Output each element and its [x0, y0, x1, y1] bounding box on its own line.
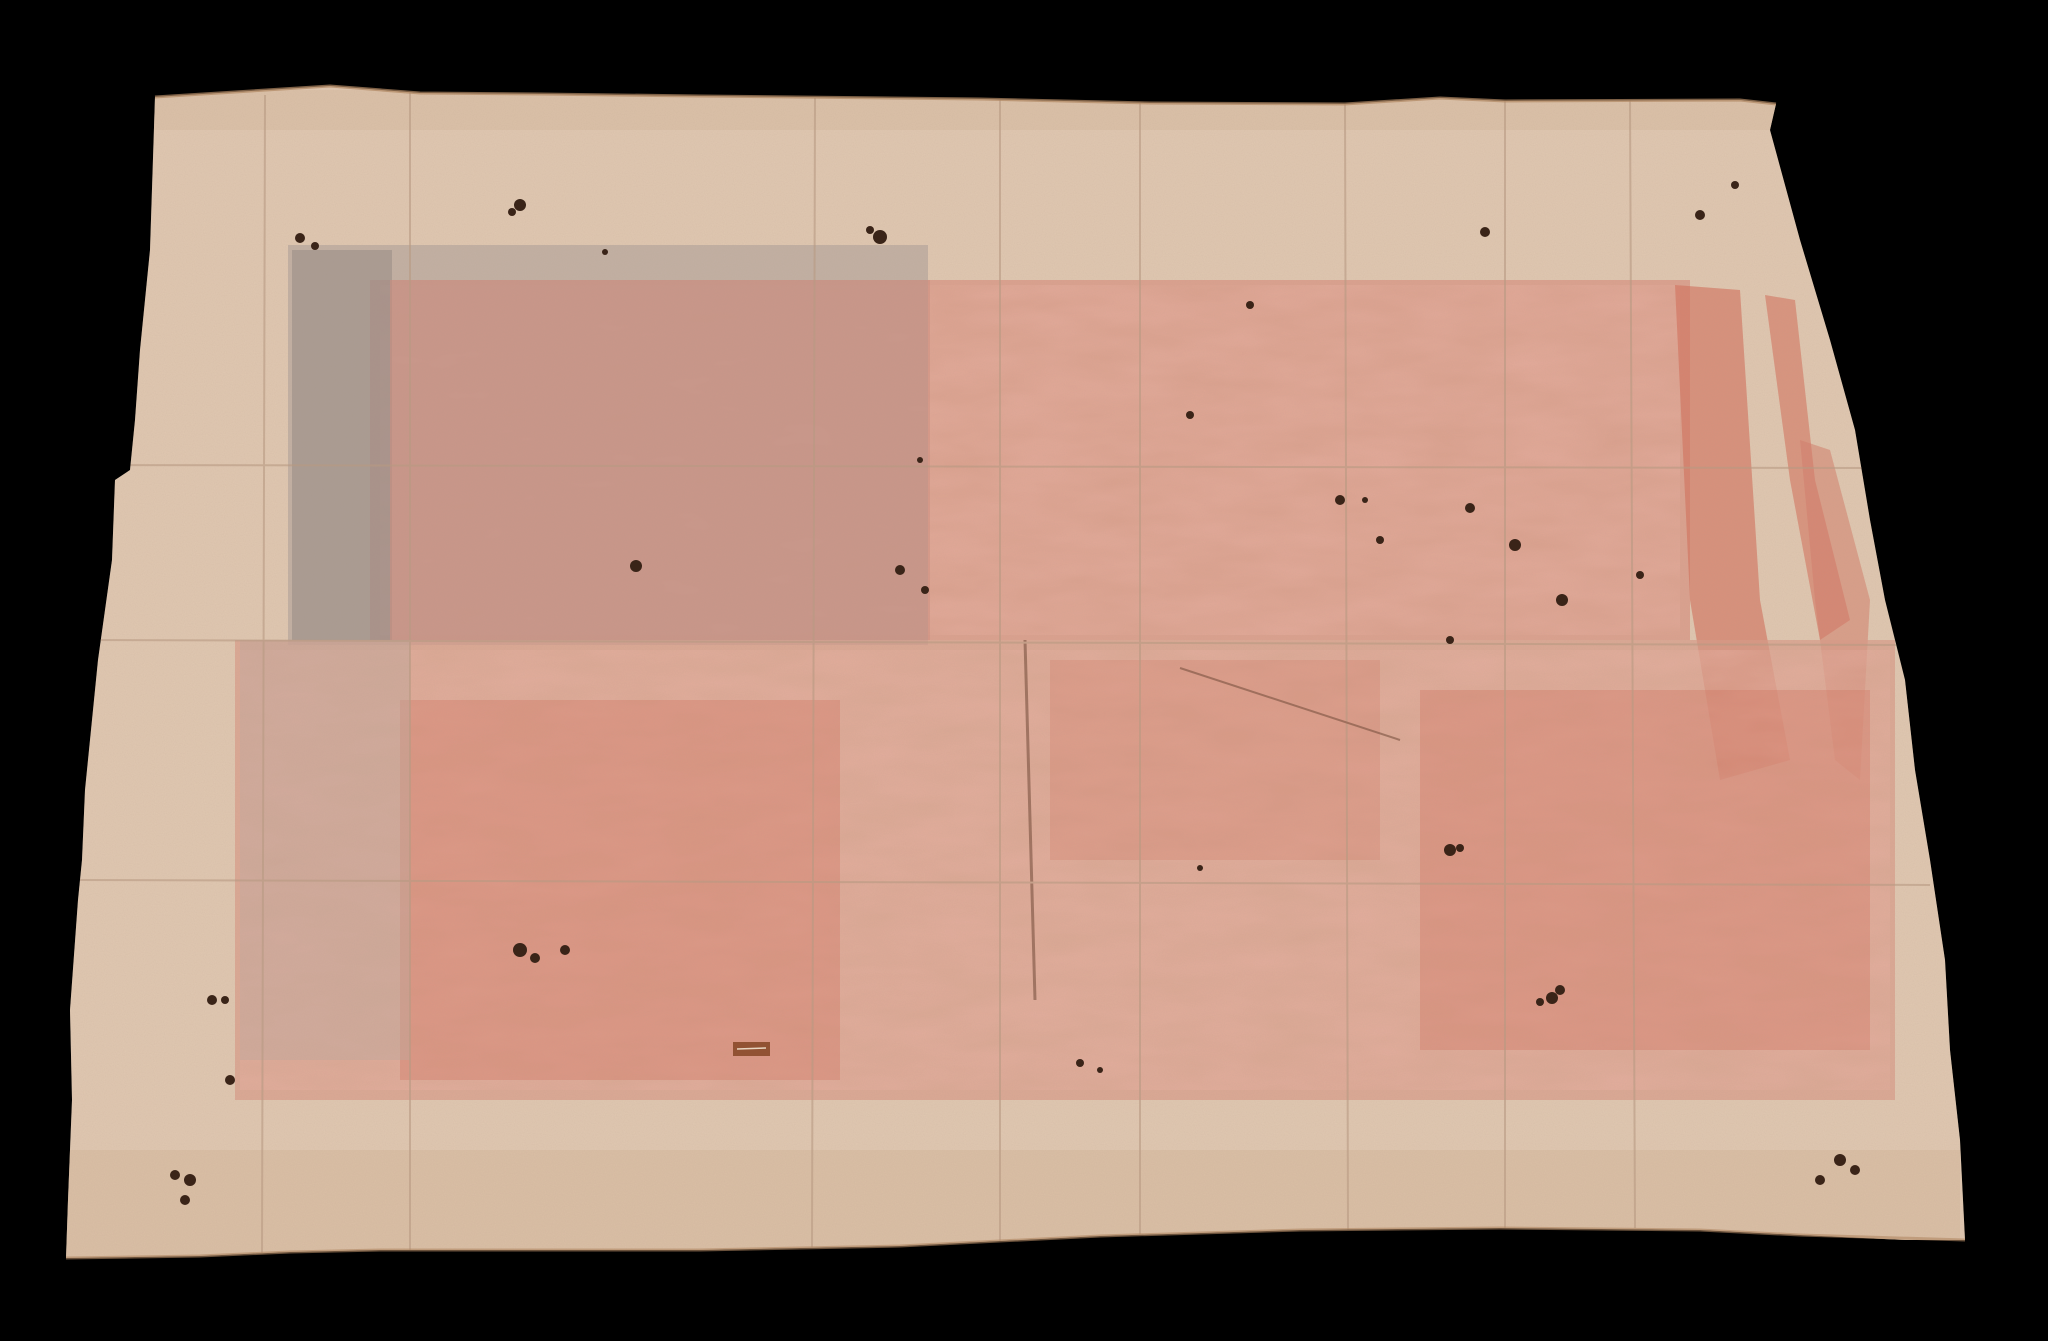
- barkcloth-textile: [0, 0, 2048, 1341]
- photo-scene: Large rectangular cream-colored barkclot…: [0, 0, 2048, 1341]
